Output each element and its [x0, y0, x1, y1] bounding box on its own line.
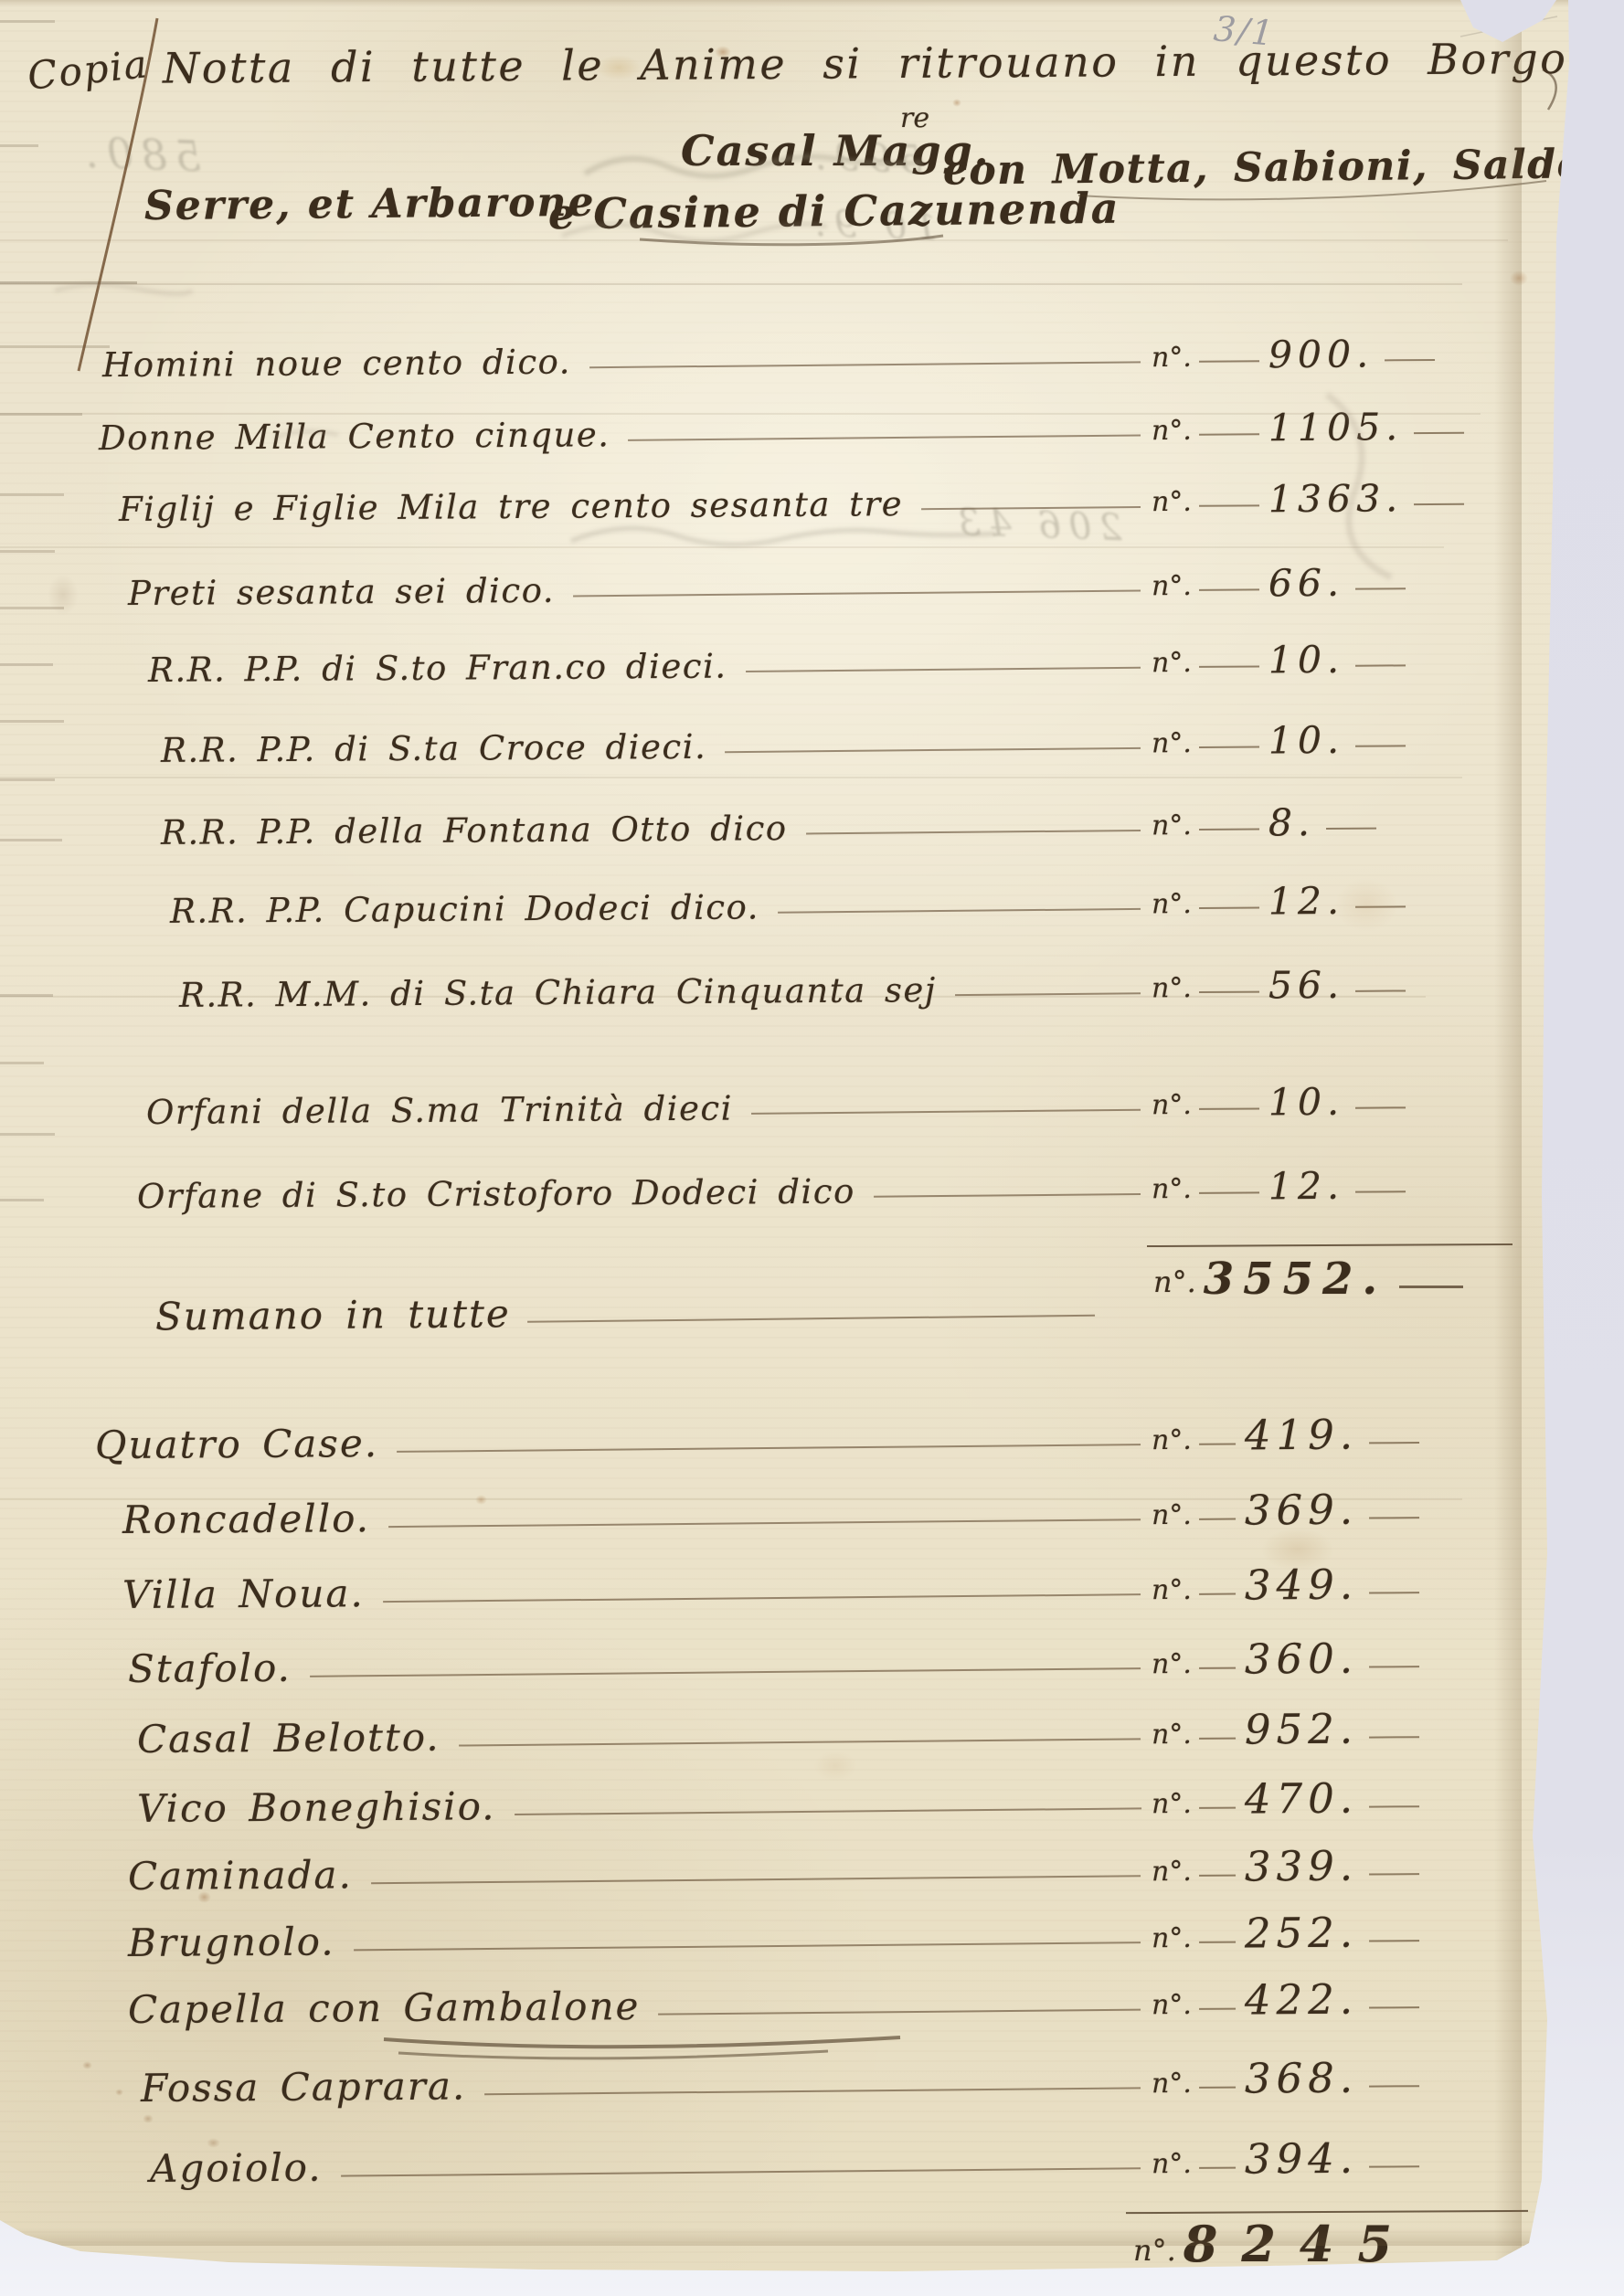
- leader-line: [806, 830, 1141, 835]
- census-row-label: Orfane di S.to Cristoforo Dodeci dico: [137, 1171, 870, 1216]
- number-prefix: n°.: [1152, 486, 1195, 522]
- bleedthrough-number: 580.: [78, 128, 202, 182]
- census-row: R.R. M.M. di S.ta Chiara Cinquanta sej n…: [179, 962, 1444, 1015]
- number-prefix: n°.: [1152, 1089, 1195, 1125]
- census-row: Orfane di S.to Cristoforo Dodeci dico n°…: [137, 1163, 1444, 1216]
- count-value: 368.: [1245, 2054, 1359, 2103]
- number-prefix: n°.: [1152, 2148, 1195, 2184]
- dash: [1199, 1875, 1236, 1877]
- dash: [1369, 1442, 1419, 1444]
- dash: [1355, 745, 1406, 746]
- number-prefix: n°.: [1152, 1719, 1195, 1754]
- place-row-label: Fossa Caprara.: [141, 2063, 482, 2111]
- margin-mark: [0, 720, 64, 723]
- count-value: 12.: [1268, 1164, 1345, 1209]
- census-row-label: Preti sesanta sei dico.: [128, 571, 569, 613]
- number-prefix: n°.: [1152, 647, 1195, 682]
- count-value: 394.: [1245, 2134, 1359, 2184]
- margin-mark: [0, 493, 64, 496]
- count-value: 1105.: [1268, 405, 1404, 450]
- souls-total-label-row: Sumano in tutte: [155, 1286, 1106, 1338]
- leader-line: [459, 1738, 1141, 1746]
- number-prefix: n°.: [1152, 888, 1195, 924]
- dash: [1199, 433, 1259, 435]
- souls-total-label: Sumano in tutte: [155, 1291, 524, 1339]
- census-row: Homini noue cento dico. n°.900.: [102, 332, 1444, 385]
- leader-line: [751, 1109, 1141, 1115]
- place-row-number: n°.360.: [1152, 1634, 1444, 1684]
- place-row: Villa Noua. n°.349.: [122, 1560, 1444, 1617]
- leader-line: [383, 1593, 1141, 1603]
- place-row: Casal Belotto. n°.952.: [137, 1704, 1444, 1762]
- leader-line: [310, 1667, 1141, 1677]
- margin-mark: [0, 144, 38, 147]
- ink-stain: [143, 2114, 154, 2123]
- paper-sheet: 580. 599. 10 9. 206 43 Copia Notta di tu…: [0, 0, 1572, 2273]
- dash: [1355, 1190, 1406, 1192]
- place-row-number: n°.470.: [1152, 1773, 1444, 1824]
- census-row: Figlij e Figlie Mila tre cento sesanta t…: [119, 476, 1444, 529]
- place-row-number: n°.368.: [1152, 2053, 1444, 2103]
- number-prefix: n°.: [1152, 342, 1195, 377]
- count-value: 470.: [1245, 1774, 1359, 1824]
- count-value: 10.: [1268, 1080, 1345, 1125]
- sum-rule: [1147, 1243, 1513, 1247]
- count-value: 252.: [1245, 1909, 1359, 1958]
- count-value: 10.: [1268, 638, 1345, 682]
- gambalone-underline: [384, 2037, 900, 2047]
- census-row: R.R. P.P. della Fontana Otto dico n°.8.: [161, 799, 1444, 852]
- place-row: Agoiolo. n°.394.: [150, 2133, 1444, 2191]
- margin-mark: [0, 1062, 44, 1064]
- number-prefix: n°.: [1152, 1173, 1195, 1209]
- census-row: R.R. P.P. di S.to Fran.co dieci. n°.10.: [148, 637, 1444, 690]
- dash: [1369, 1940, 1419, 1942]
- number-prefix: n°.: [1152, 2068, 1195, 2103]
- dash: [1199, 746, 1259, 748]
- place-row-label: Stafolo.: [128, 1645, 306, 1691]
- number-prefix: n°.: [1152, 1856, 1195, 1891]
- census-row-label: R.R. P.P. di S.to Fran.co dieci.: [148, 646, 742, 690]
- census-row-number: n°.1105.: [1152, 405, 1444, 450]
- number-prefix: n°.: [1152, 1648, 1195, 1684]
- dash: [1199, 2008, 1236, 2010]
- document-title-line1: Notta di tutte le Anime si ritrouano in …: [163, 33, 1624, 92]
- paper-edge-shadow: [0, 0, 1572, 7]
- place-row: Roncadello. n°.369.: [122, 1485, 1444, 1542]
- place-row-label: Quatro Case.: [95, 1421, 393, 1467]
- place-row-number: n°.422.: [1152, 1974, 1444, 2025]
- dash: [1199, 1518, 1236, 1520]
- place-row-number: n°.419.: [1152, 1410, 1444, 1460]
- census-row-number: n°.8.: [1152, 799, 1444, 845]
- census-row-label: Orfani della S.ma Trinità dieci: [146, 1088, 748, 1132]
- place-row-number: n°.394.: [1152, 2133, 1444, 2184]
- margin-mark: [0, 345, 110, 348]
- dash: [1199, 2167, 1236, 2169]
- census-row-label: R.R. P.P. della Fontana Otto dico: [161, 809, 802, 852]
- dash: [1369, 2006, 1419, 2008]
- margin-mark: [0, 607, 64, 609]
- margin-mark: [0, 550, 55, 553]
- place-row-number: n°.349.: [1152, 1560, 1444, 1610]
- place-row-label: Agoiolo.: [150, 2145, 337, 2191]
- dash: [1355, 1106, 1406, 1108]
- margin-mark: [0, 839, 62, 841]
- census-row-number: n°.10.: [1152, 717, 1444, 763]
- souls-total-value: 3552.: [1204, 1254, 1386, 1305]
- dash: [1199, 1107, 1259, 1109]
- place-row-number: n°.369.: [1152, 1485, 1444, 1535]
- dash: [1369, 1873, 1419, 1875]
- count-value: 66.: [1268, 561, 1345, 606]
- dash: [1199, 1738, 1236, 1740]
- leader-line: [746, 667, 1141, 672]
- ink-stain: [82, 2061, 92, 2069]
- dash: [1355, 989, 1406, 991]
- place-row: Fossa Caprara. n°.368.: [141, 2053, 1444, 2111]
- leader-line: [955, 992, 1141, 996]
- leader-line: [341, 2167, 1141, 2176]
- leader-line: [573, 589, 1141, 597]
- dash: [1355, 905, 1406, 907]
- aging-stain: [48, 574, 79, 616]
- leader-line: [658, 2009, 1141, 2016]
- souls-total: n°. 3552.: [1153, 1254, 1463, 1305]
- dash: [1399, 1286, 1463, 1288]
- margin-mark: [0, 281, 137, 284]
- census-row-number: n°.1363.: [1152, 476, 1444, 522]
- place-row: Stafolo. n°.360.: [128, 1634, 1444, 1691]
- number-prefix: n°.: [1152, 809, 1195, 845]
- dash: [1199, 991, 1259, 993]
- archival-page-number: 3/1: [1212, 8, 1277, 54]
- census-row-label: Figlij e Figlie Mila tre cento sesanta t…: [119, 484, 918, 529]
- dash: [1199, 907, 1259, 909]
- leader-line: [371, 1875, 1141, 1884]
- count-value: 360.: [1245, 1635, 1359, 1684]
- leader-line: [589, 361, 1141, 368]
- margin-mark: [0, 20, 55, 23]
- census-row-number: n°.900.: [1152, 332, 1444, 377]
- number-prefix: n°.: [1152, 1922, 1195, 1958]
- dash: [1199, 504, 1259, 506]
- dash: [1414, 503, 1464, 505]
- census-row-label: Homini noue cento dico.: [102, 342, 586, 385]
- dash: [1199, 1191, 1259, 1193]
- count-value: 952.: [1245, 1705, 1359, 1754]
- dash: [1199, 665, 1259, 667]
- dash: [1199, 829, 1259, 831]
- leader-line: [397, 1444, 1141, 1453]
- ruling-line: [0, 777, 1462, 778]
- margin-mark: [0, 1199, 44, 1201]
- leader-line: [354, 1942, 1141, 1951]
- document-title-line3b: e Casine di Cazunenda: [548, 184, 1120, 239]
- leader-line: [921, 506, 1141, 510]
- place-row: Brugnolo. n°.252.: [128, 1908, 1444, 1965]
- place-row: Quatro Case. n°.419.: [95, 1410, 1444, 1467]
- place-row: Capella con Gambalone n°.422.: [128, 1974, 1444, 2032]
- place-row-number: n°.952.: [1152, 1704, 1444, 1754]
- count-value: 339.: [1245, 1842, 1359, 1891]
- count-value: 10.: [1268, 718, 1345, 763]
- leader-line: [778, 908, 1141, 914]
- count-value: 422.: [1245, 1975, 1359, 2025]
- dash: [1355, 587, 1406, 589]
- census-row-number: n°.10.: [1152, 1079, 1444, 1125]
- count-value: 56.: [1268, 963, 1345, 1008]
- margin-mark: [0, 994, 53, 997]
- number-prefix: n°.: [1152, 570, 1195, 606]
- number-prefix: n°.: [1152, 1788, 1195, 1824]
- place-row-label: Casal Belotto.: [137, 1715, 455, 1762]
- ruling-line: [0, 239, 1508, 241]
- count-value: 369.: [1245, 1486, 1359, 1535]
- census-row-number: n°.10.: [1152, 637, 1444, 682]
- count-value: 900.: [1268, 332, 1375, 376]
- dash: [1385, 359, 1435, 361]
- census-row: Preti sesanta sei dico. n°.66.: [128, 560, 1444, 613]
- margin-mark: [0, 663, 53, 666]
- dash: [1199, 1443, 1236, 1444]
- number-prefix: n°.: [1152, 972, 1195, 1008]
- place-row-label: Villa Noua.: [122, 1571, 379, 1617]
- leader-line: [725, 747, 1141, 753]
- dash: [1369, 2085, 1419, 2087]
- count-value: 419.: [1245, 1411, 1359, 1460]
- dash: [1414, 432, 1464, 434]
- paper-edge-shadow: [0, 2227, 1554, 2246]
- census-row-label: R.R. P.P. Capucini Dodeci dico.: [170, 887, 774, 931]
- place-row-label: Roncadello.: [122, 1496, 385, 1542]
- census-row-label: R.R. M.M. di S.ta Chiara Cinquanta sej: [179, 970, 951, 1015]
- number-prefix: n°.: [1153, 1264, 1204, 1305]
- place-row-label: Caminada.: [128, 1852, 367, 1899]
- dash: [1199, 588, 1259, 590]
- dash: [1355, 664, 1406, 666]
- number-prefix: n°.: [1152, 1499, 1195, 1535]
- census-row-number: n°.12.: [1152, 878, 1444, 924]
- census-row-number: n°.12.: [1152, 1163, 1444, 1209]
- ruling-line: [0, 546, 1444, 548]
- dash: [1369, 1805, 1419, 1807]
- place-row-number: n°.339.: [1152, 1841, 1444, 1891]
- leader-line: [388, 1518, 1141, 1528]
- sum-rule: [1126, 2210, 1528, 2214]
- dash: [1369, 1517, 1419, 1518]
- place-row-label: Capella con Gambalone: [128, 1984, 655, 2032]
- leader-line: [515, 1807, 1141, 1815]
- place-row-number: n°.252.: [1152, 1908, 1444, 1958]
- margin-mark: [0, 778, 55, 781]
- census-row-number: n°.56.: [1152, 962, 1444, 1008]
- number-prefix: n°.: [1152, 727, 1195, 763]
- place-row-label: Vico Boneghisio.: [137, 1783, 511, 1831]
- leader-line: [484, 2087, 1141, 2095]
- dash: [1199, 1593, 1236, 1595]
- document-title-line3a: Serre, et Arbarone: [144, 179, 596, 229]
- dash: [1369, 1736, 1419, 1738]
- ink-stain: [952, 99, 961, 107]
- margin-mark: [0, 413, 82, 416]
- copy-annotation: Copia: [26, 41, 151, 99]
- number-prefix: n°.: [1152, 1574, 1195, 1610]
- census-row-label: Donne Milla Cento cinque.: [99, 415, 625, 458]
- leader-line: [874, 1193, 1141, 1198]
- count-value: 349.: [1245, 1561, 1359, 1610]
- census-row-number: n°.66.: [1152, 560, 1444, 606]
- number-prefix: n°.: [1152, 415, 1195, 450]
- census-row: Orfani della S.ma Trinità dieci n°.10.: [146, 1079, 1444, 1132]
- place-row: Caminada. n°.339.: [128, 1841, 1444, 1899]
- number-prefix: n°.: [1152, 1424, 1195, 1460]
- place-row-label: Brugnolo.: [128, 1919, 350, 1965]
- count-value: 8.: [1268, 800, 1315, 844]
- scanned-manuscript-page: 580. 599. 10 9. 206 43 Copia Notta di tu…: [0, 0, 1624, 2296]
- place-row: Vico Boneghisio. n°.470.: [137, 1773, 1444, 1831]
- count-value: 1363.: [1268, 476, 1404, 521]
- census-row: R.R. P.P. di S.ta Croce dieci. n°.10.: [161, 717, 1444, 770]
- dash: [1199, 1667, 1236, 1669]
- leader-line: [527, 1315, 1095, 1323]
- dash: [1326, 828, 1376, 830]
- margin-mark: [0, 1133, 55, 1136]
- census-row: Donne Milla Cento cinque. n°.1105.: [99, 405, 1444, 458]
- ruling-line: [0, 283, 1462, 285]
- dash: [1369, 1666, 1419, 1667]
- dash: [1199, 360, 1259, 362]
- dash: [1369, 2165, 1419, 2167]
- paper-edge-shadow: [1494, 0, 1522, 2266]
- dash: [1199, 1807, 1236, 1809]
- ink-stain: [115, 2089, 123, 2096]
- census-row-label: R.R. P.P. di S.ta Croce dieci.: [161, 727, 722, 770]
- document-title-place-superscript: re: [900, 102, 929, 134]
- count-value: 12.: [1268, 879, 1345, 924]
- census-row: R.R. P.P. Capucini Dodeci dico. n°.12.: [170, 878, 1444, 931]
- leader-line: [629, 434, 1141, 440]
- dash: [1199, 2087, 1236, 2089]
- dash: [1369, 1592, 1419, 1593]
- number-prefix: n°.: [1152, 1989, 1195, 2025]
- dash: [1199, 1942, 1236, 1943]
